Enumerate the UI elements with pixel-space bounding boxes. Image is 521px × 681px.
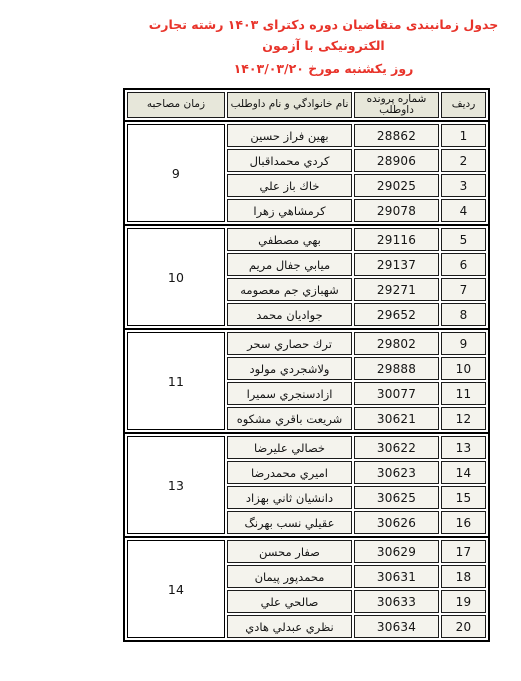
file-number-cell: 30077: [354, 382, 439, 405]
file-number-cell: 29025: [354, 174, 439, 197]
row-number-cell: 16: [441, 511, 486, 534]
file-number-cell: 30633: [354, 590, 439, 613]
row-number-cell: 13: [441, 436, 486, 459]
applicant-name-cell: جواديان محمد: [227, 303, 352, 326]
row-number-cell: 5: [441, 228, 486, 251]
time-group-11: 9 29802 ترك حصاري سحر 11 10 29888 ولاشجر…: [125, 328, 488, 432]
applicant-name-cell: كرمشاهي زهرا: [227, 199, 352, 222]
row-number-cell: 14: [441, 461, 486, 484]
row-number-cell: 11: [441, 382, 486, 405]
row-number-cell: 9: [441, 332, 486, 355]
row-number-cell: 7: [441, 278, 486, 301]
row-number-cell: 6: [441, 253, 486, 276]
file-number-cell: 29888: [354, 357, 439, 380]
interview-time-cell: 14: [127, 540, 225, 638]
applicant-name-cell: نظري عبدلي هادي: [227, 615, 352, 638]
interview-time-cell: 11: [127, 332, 225, 430]
applicant-name-cell: شهبازي جم معصومه: [227, 278, 352, 301]
file-number-cell: 29116: [354, 228, 439, 251]
document-page: جدول زمانبندی متقاضیان دوره دکترای ۱۴۰۳ …: [0, 0, 521, 681]
row-number-cell: 12: [441, 407, 486, 430]
applicant-name-cell: صالحي علي: [227, 590, 352, 613]
applicant-name-cell: محمدپور پيمان: [227, 565, 352, 588]
file-number-cell: 30623: [354, 461, 439, 484]
applicant-name-cell: خاك باز علي: [227, 174, 352, 197]
file-number-cell: 28862: [354, 124, 439, 147]
applicant-name-cell: عقيلي نسب بهرنگ: [227, 511, 352, 534]
interview-time-cell: 9: [127, 124, 225, 222]
header-applicant-name: نام خانوادگي و نام داوطلب: [227, 92, 352, 118]
row-number-cell: 4: [441, 199, 486, 222]
time-group-14: 17 30629 صفار محسن 14 18 30631 محمدپور پ…: [125, 536, 488, 640]
interview-time-cell: 13: [127, 436, 225, 534]
document-title: جدول زمانبندی متقاضیان دوره دکترای ۱۴۰۳ …: [128, 14, 519, 79]
applicant-name-cell: اميري محمدرضا: [227, 461, 352, 484]
schedule-table: رديف شماره پرونده داوطلب نام خانوادگي و …: [123, 88, 490, 642]
file-number-cell: 29652: [354, 303, 439, 326]
row-number-cell: 8: [441, 303, 486, 326]
header-row-number: رديف: [441, 92, 486, 118]
file-number-cell: 30631: [354, 565, 439, 588]
file-number-cell: 30626: [354, 511, 439, 534]
applicant-name-cell: دانشيان ثاني بهزاد: [227, 486, 352, 509]
interview-time-cell: 10: [127, 228, 225, 326]
applicant-name-cell: ترك حصاري سحر: [227, 332, 352, 355]
file-number-cell: 30622: [354, 436, 439, 459]
row-number-cell: 10: [441, 357, 486, 380]
row-number-cell: 1: [441, 124, 486, 147]
applicant-name-cell: كردي محمداقبال: [227, 149, 352, 172]
file-number-cell: 29078: [354, 199, 439, 222]
file-number-cell: 30621: [354, 407, 439, 430]
file-number-cell: 30625: [354, 486, 439, 509]
header-interview-time: زمان مصاحبه: [127, 92, 225, 118]
file-number-cell: 29137: [354, 253, 439, 276]
row-number-cell: 15: [441, 486, 486, 509]
time-group-9: 1 28862 بهين فراز حسين 9 2 28906 كردي مح…: [125, 120, 488, 224]
applicant-name-cell: ازادسنجري سميرا: [227, 382, 352, 405]
title-line-1: جدول زمانبندی متقاضیان دوره دکترای ۱۴۰۳ …: [128, 14, 519, 56]
row-number-cell: 17: [441, 540, 486, 563]
applicant-name-cell: ولاشجردي مولود: [227, 357, 352, 380]
row-number-cell: 20: [441, 615, 486, 638]
table-header-row: رديف شماره پرونده داوطلب نام خانوادگي و …: [125, 90, 488, 120]
header-file-number: شماره پرونده داوطلب: [354, 92, 439, 118]
applicant-name-cell: بهين فراز حسين: [227, 124, 352, 147]
applicant-name-cell: شريعت باقري مشكوه: [227, 407, 352, 430]
applicant-name-cell: ميابي جفال مريم: [227, 253, 352, 276]
row-number-cell: 19: [441, 590, 486, 613]
time-group-10: 5 29116 بهي مصطفي 10 6 29137 ميابي جفال …: [125, 224, 488, 328]
time-group-13: 13 30622 خصالي عليرضا 13 14 30623 اميري …: [125, 432, 488, 536]
file-number-cell: 30629: [354, 540, 439, 563]
row-number-cell: 2: [441, 149, 486, 172]
row-number-cell: 18: [441, 565, 486, 588]
applicant-name-cell: خصالي عليرضا: [227, 436, 352, 459]
row-number-cell: 3: [441, 174, 486, 197]
file-number-cell: 28906: [354, 149, 439, 172]
title-line-2: روز یکشنبه مورخ ۱۴۰۳/۰۳/۲۰: [128, 58, 519, 79]
file-number-cell: 29271: [354, 278, 439, 301]
applicant-name-cell: بهي مصطفي: [227, 228, 352, 251]
file-number-cell: 29802: [354, 332, 439, 355]
applicant-name-cell: صفار محسن: [227, 540, 352, 563]
file-number-cell: 30634: [354, 615, 439, 638]
